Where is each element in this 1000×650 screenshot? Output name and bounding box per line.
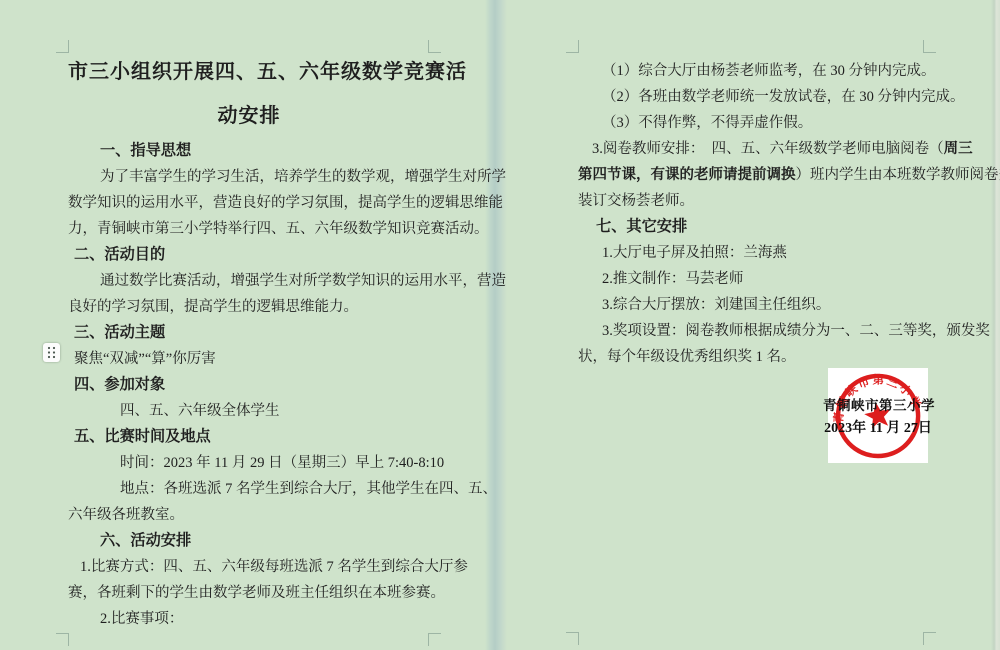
- section-heading[interactable]: 一、指导思想: [100, 138, 430, 164]
- text-line[interactable]: 四、五、六年级全体学生: [120, 398, 430, 424]
- text-line[interactable]: （1）综合大厅由杨荟老师监考，在 30 分钟内完成。: [602, 58, 925, 84]
- text-run: 状，每个年级设优秀组织奖 1 名。: [578, 349, 796, 365]
- text-line[interactable]: 为了丰富学生的学习生活，培养学生的数学观，增强学生对所学: [100, 164, 430, 190]
- text-run: ）班内学生由本班数学教师阅卷并: [796, 167, 1000, 183]
- page-left-content[interactable]: 市三小组织开展四、五、六年级数学竞赛活动安排一、指导思想为了丰富学生的学习生活，…: [68, 50, 430, 632]
- text-line[interactable]: 数学知识的运用水平，营造良好的学习氛围，提高学生的逻辑思维能: [68, 190, 430, 216]
- text-line[interactable]: 通过数学比赛活动，增强学生对所学数学知识的运用水平，营造: [100, 268, 430, 294]
- text-line[interactable]: 六年级各班教室。: [68, 502, 430, 528]
- text-boundary-mark: [923, 40, 936, 53]
- text-line[interactable]: 时间：2023 年 11 月 29 日（星期三）早上 7:40-8:10: [120, 450, 430, 476]
- page-gap: [485, 0, 507, 650]
- text-run: 周三: [944, 141, 973, 157]
- text-run: 通过数学比赛活动，增强学生对所学数学知识的运用水平，营造: [100, 273, 506, 289]
- text-run: 四、参加对象: [74, 376, 165, 393]
- official-seal-stamp[interactable]: 青铜峡市第三小学 青铜峡市第三小学 2023年 11 月 27日: [828, 368, 928, 463]
- doc-title-line[interactable]: 动安排: [68, 94, 430, 138]
- six-dot-grid-icon: [43, 343, 60, 362]
- text-boundary-mark: [566, 40, 579, 53]
- text-line[interactable]: （3）不得作弊，不得弄虚作假。: [602, 110, 925, 136]
- text-line[interactable]: 1.比赛方式：四、五、六年级每班选派 7 名学生到综合大厅参: [80, 554, 430, 580]
- section-heading[interactable]: 七、其它安排: [596, 214, 925, 240]
- text-run: 六年级各班教室。: [68, 507, 184, 523]
- red-seal-icon: 青铜峡市第三小学: [821, 360, 936, 471]
- text-line[interactable]: 良好的学习氛围，提高学生的逻辑思维能力。: [68, 294, 430, 320]
- text-run: 数学知识的运用水平，营造良好的学习氛围，提高学生的逻辑思维能: [68, 195, 503, 211]
- section-heading[interactable]: 六、活动安排: [100, 528, 430, 554]
- text-line[interactable]: 3.阅卷教师安排： 四、五、六年级数学老师电脑阅卷（周三: [592, 136, 925, 162]
- text-run: 一、指导思想: [100, 142, 191, 159]
- text-run: 二、活动目的: [74, 246, 165, 263]
- text-run: 2.推文制作：马芸老师: [602, 271, 743, 287]
- text-line[interactable]: 3.综合大厅摆放：刘建国主任组织。: [602, 292, 925, 318]
- text-run: 良好的学习氛围，提高学生的逻辑思维能力。: [68, 299, 358, 315]
- text-line[interactable]: 2.比赛事项：: [100, 606, 430, 632]
- stamp-school-name: 青铜峡市第三小学: [823, 394, 933, 414]
- drag-handle-icon[interactable]: [43, 343, 60, 362]
- text-run: （1）综合大厅由杨荟老师监考，在 30 分钟内完成。: [602, 63, 936, 79]
- text-line[interactable]: 3.奖项设置：阅卷教师根据成绩分为一、二、三等奖，颁发奖: [602, 318, 925, 344]
- text-run: 3.阅卷教师安排： 四、五、六年级数学老师电脑阅卷（: [592, 141, 944, 157]
- text-run: 力，青铜峡市第三小学特举行四、五、六年级数学知识竞赛活动。: [68, 221, 489, 237]
- text-run: 装订交杨荟老师。: [578, 193, 694, 209]
- text-run: 第四节课，有课的老师请提前调换: [578, 167, 796, 183]
- text-boundary-mark: [566, 632, 579, 645]
- text-run: （3）不得作弊，不得弄虚作假。: [602, 115, 812, 131]
- text-run: 动安排: [218, 105, 281, 127]
- text-boundary-mark: [428, 633, 441, 646]
- section-heading[interactable]: 四、参加对象: [74, 372, 430, 398]
- text-run: 为了丰富学生的学习生活，培养学生的数学观，增强学生对所学: [100, 169, 506, 185]
- text-run: （2）各班由数学老师统一发放试卷，在 30 分钟内完成。: [602, 89, 965, 105]
- page-right-content[interactable]: （1）综合大厅由杨荟老师监考，在 30 分钟内完成。（2）各班由数学老师统一发放…: [578, 58, 925, 370]
- text-line[interactable]: 第四节课，有课的老师请提前调换）班内学生由本班数学教师阅卷并: [578, 162, 925, 188]
- text-line[interactable]: 聚焦“双减”“算”你厉害: [74, 346, 430, 372]
- text-line[interactable]: 1.大厅电子屏及拍照：兰海燕: [602, 240, 925, 266]
- text-run: 3.奖项设置：阅卷教师根据成绩分为一、二、三等奖，颁发奖: [602, 323, 990, 339]
- stamp-date: 2023年 11 月 27日: [821, 417, 935, 437]
- text-run: 地点：各班选派 7 名学生到综合大厅，其他学生在四、五、: [120, 481, 497, 497]
- page-right-edge: [991, 0, 1000, 650]
- text-run: 时间：2023 年 11 月 29 日（星期三）早上 7:40-8:10: [120, 455, 444, 471]
- text-run: 七、其它安排: [596, 218, 687, 235]
- text-run: 1.比赛方式：四、五、六年级每班选派 7 名学生到综合大厅参: [80, 559, 468, 575]
- text-line[interactable]: 赛，各班剩下的学生由数学老师及班主任组织在本班参赛。: [68, 580, 430, 606]
- text-run: 赛，各班剩下的学生由数学老师及班主任组织在本班参赛。: [68, 585, 445, 601]
- text-run: 聚焦“双减”“算”你厉害: [74, 351, 216, 367]
- text-line[interactable]: 状，每个年级设优秀组织奖 1 名。: [578, 344, 925, 370]
- section-heading[interactable]: 五、比赛时间及地点: [74, 424, 430, 450]
- text-boundary-mark: [56, 633, 69, 646]
- text-run: 四、五、六年级全体学生: [120, 403, 280, 419]
- text-line[interactable]: 力，青铜峡市第三小学特举行四、五、六年级数学知识竞赛活动。: [68, 216, 430, 242]
- document-view: 市三小组织开展四、五、六年级数学竞赛活动安排一、指导思想为了丰富学生的学习生活，…: [0, 0, 1000, 650]
- text-boundary-mark: [923, 632, 936, 645]
- text-run: 3.综合大厅摆放：刘建国主任组织。: [602, 297, 830, 313]
- section-heading[interactable]: 二、活动目的: [74, 242, 430, 268]
- section-heading[interactable]: 三、活动主题: [74, 320, 430, 346]
- text-line[interactable]: 2.推文制作：马芸老师: [602, 266, 925, 292]
- text-line[interactable]: 装订交杨荟老师。: [578, 188, 925, 214]
- text-run: 六、活动安排: [100, 532, 191, 549]
- text-run: 2.比赛事项：: [100, 611, 183, 627]
- text-run: 市三小组织开展四、五、六年级数学竞赛活: [68, 61, 467, 83]
- text-run: 三、活动主题: [74, 324, 165, 341]
- text-line[interactable]: （2）各班由数学老师统一发放试卷，在 30 分钟内完成。: [602, 84, 925, 110]
- doc-title-line[interactable]: 市三小组织开展四、五、六年级数学竞赛活: [68, 50, 430, 94]
- text-run: 五、比赛时间及地点: [74, 428, 211, 445]
- text-line[interactable]: 地点：各班选派 7 名学生到综合大厅，其他学生在四、五、: [120, 476, 430, 502]
- text-run: 1.大厅电子屏及拍照：兰海燕: [602, 245, 787, 261]
